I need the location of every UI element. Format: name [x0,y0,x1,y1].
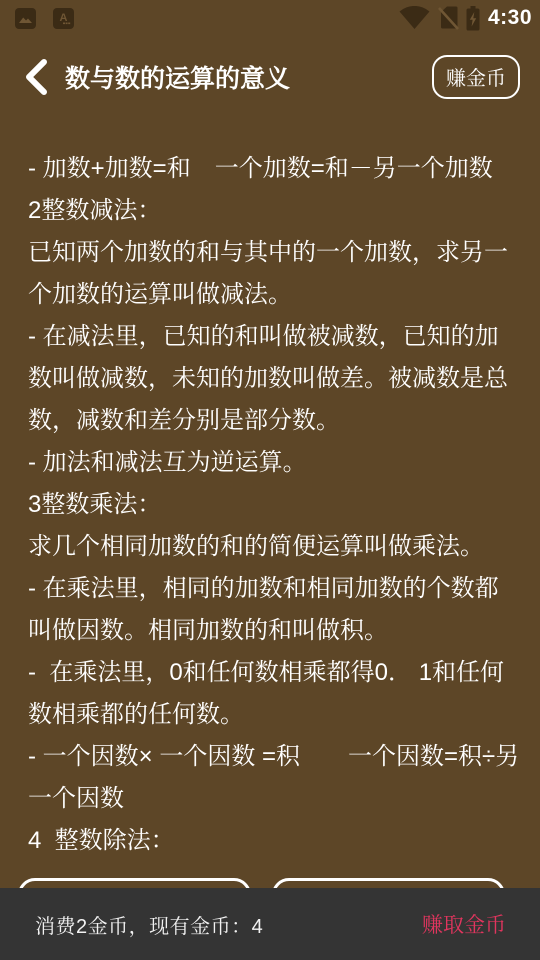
text-line: 3整数乘法： [28,484,518,526]
note-content: - 加数+加数=和 一个加数=和－另一个加数 2整数减法： 已知两个加数的和与其… [28,148,518,862]
text-line: 数叫做减数，未知的加数叫做差。被减数是总 [28,358,518,400]
page-title: 数与数的运算的意义 [65,59,290,95]
status-bar-left: A [15,8,91,29]
battery-charging-icon [459,6,480,31]
no-sim-icon [430,6,459,30]
status-time: 4:30 [488,6,532,30]
text-line: 叫做因数。相同加数的和叫做积。 [28,610,518,652]
back-button[interactable] [22,57,50,97]
text-line: 数相乘都的任何数。 [28,694,518,736]
text-line: 数，减数和差分别是部分数。 [28,400,518,442]
photo-notification-icon [15,8,36,29]
earn-coins-button[interactable]: 赚金币 [432,55,520,99]
text-line: - 在减法里，已知的和叫做被减数，已知的加 [28,316,518,358]
coin-balance-text: 消费2金币，现有金币：4 [35,910,263,939]
text-line: 一个因数 [28,778,518,820]
status-bar-right: 4:30 [392,6,532,31]
text-line: 个加数的运算叫做减法。 [28,274,518,316]
earn-coins-link[interactable]: 赚取金币 [422,909,506,939]
text-line: - 在乘法里，相同的加数和相同加数的个数都 [28,568,518,610]
app-screen: A [0,0,540,960]
text-line: - 一个因数× 一个因数 =积 一个因数=积÷另 [28,736,518,778]
svg-text:A: A [60,12,68,24]
wifi-icon [392,6,430,30]
text-line: - 加数+加数=和 一个加数=和－另一个加数 [28,148,518,190]
autocorrect-notification-icon: A [53,8,74,29]
bottom-bar: 消费2金币，现有金币：4 赚取金币 [0,888,540,960]
header: 数与数的运算的意义 赚金币 [0,44,540,110]
status-bar: A [0,0,540,36]
text-line: 4 整数除法： [28,820,518,862]
text-line: - 在乘法里，0和任何数相乘都得0． 1和任何 [28,652,518,694]
text-line: 已知两个加数的和与其中的一个加数，求另一 [28,232,518,274]
text-line: 求几个相同加数的和的简便运算叫做乘法。 [28,526,518,568]
text-line: 2整数减法： [28,190,518,232]
text-line: - 加法和减法互为逆运算。 [28,442,518,484]
